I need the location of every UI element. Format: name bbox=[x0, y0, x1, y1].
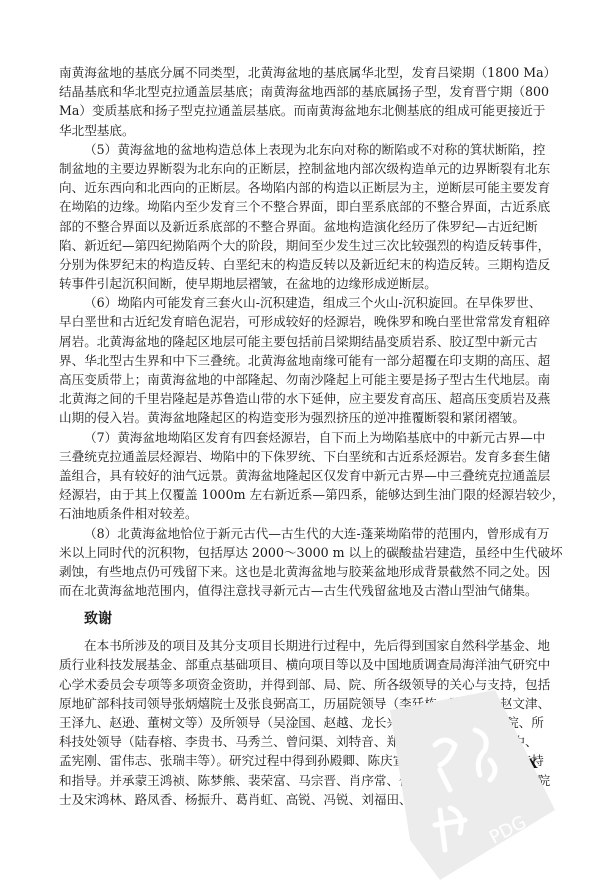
text-line: 米以上同时代的沉积物，包括厚达 2000～3000 m 以上的碳酸盐岩建造，虽经… bbox=[59, 543, 531, 562]
text-line: 转事件引起沉积间断，使早期地层褶皱，在盆地的边缘形成逆断层。 bbox=[59, 274, 531, 293]
text-line: 北黄海之间的千里岩隆起是苏鲁造山带的水下延伸，应主要发育高压、超高压变质岩及燕 bbox=[59, 389, 531, 408]
page-number: Ⅸ bbox=[523, 757, 538, 772]
text-line: 制盆地的主要边界断裂为北东向的正断层，控制盆地内部次级构造单元的边界断裂有北东 bbox=[59, 159, 531, 178]
section-heading: 致谢 bbox=[59, 609, 531, 629]
paragraph-8: （8）北黄海盆地恰位于新元古代—古生代的大连-蓬莱坳陷带的范围内，曾形成有万 米… bbox=[59, 524, 531, 601]
text-line: 结晶基底和华北型克拉通盖层基底；南黄海盆地西部的基底属扬子型，发育晋宁期（800 bbox=[59, 82, 531, 101]
text-line: 华北型基底。 bbox=[59, 121, 531, 140]
paragraph-basement: 南黄海盆地的基底分属不同类型，北黄海盆地的基底属华北型，发育吕梁期（1800 M… bbox=[59, 63, 531, 140]
text-line: 孟宪刚、雷伟志、张瑞丰等）。研究过程中得到孙殿卿、陈庆宣两位老先生的关心、支持 bbox=[59, 751, 531, 770]
text-line: 心学术委员会专项等多项资金资助，并得到部、局、院、所各级领导的关心与支持，包括 bbox=[59, 675, 531, 694]
text-line: 和指导。并承蒙王鸿祯、陈梦熊、裴荣富、马宗晋、肖序常、任纪舜、常印佛、许志琴院 bbox=[59, 771, 531, 790]
text-line: 剥蚀，有些地点仍可残留下来。这也是北黄海盆地与胶莱盆地形成背景截然不同之处。因 bbox=[59, 562, 531, 581]
text-line: 陷、新近纪—第四纪拗陷两个大的阶段，期间至少发生过三次比较强烈的构造反转事件， bbox=[59, 236, 531, 255]
text-line: （8）北黄海盆地恰位于新元古代—古生代的大连-蓬莱坳陷带的范围内，曾形成有万 bbox=[59, 524, 531, 543]
text-line: 在坳陷的边缘。坳陷内至少发育三个不整合界面，即白垩系底部的不整合界面，古近系底 bbox=[59, 197, 531, 216]
text-line: 部的不整合界面以及新近系底部的不整合界面。盆地构造演化经历了侏罗纪—古近纪断 bbox=[59, 217, 531, 236]
text-line: 质行业科技发展基金、部重点基础项目、横向项目等以及中国地质调查局海洋油气研究中 bbox=[59, 655, 531, 674]
text-line: （6）坳陷内可能发育三套火山-沉积建造，组成三个火山-沉积旋回。在早侏罗世、 bbox=[59, 293, 531, 312]
text-line: 盖组合，具有较好的油气远景。黄海盆地隆起区仅发育中新元古界—中三叠统克拉通盖层 bbox=[59, 466, 531, 485]
paragraph-7: （7）黄海盆地坳陷区发育有四套烃源岩，自下而上为坳陷基底中的中新元古界—中 三叠… bbox=[59, 428, 531, 524]
text-line: 烃源岩，由于其上仅覆盖 1000m 左右新近系—第四系，能够达到生油门限的烃源岩… bbox=[59, 485, 531, 504]
text-line: 在本书所涉及的项目及其分支项目长期进行过程中，先后得到国家自然科学基金、地 bbox=[59, 636, 531, 655]
text-line: 向、近东西向和北西向的正断层。各坳陷内部的构造以正断层为主，逆断层可能主要发育 bbox=[59, 178, 531, 197]
text-line: 南黄海盆地的基底分属不同类型，北黄海盆地的基底属华北型，发育吕梁期（1800 M… bbox=[59, 63, 531, 82]
text-line: （7）黄海盆地坳陷区发育有四套烃源岩，自下而上为坳陷基底中的中新元古界—中 bbox=[59, 428, 531, 447]
text-line: Ma）变质基底和扬子型克拉通盖层基底。而南黄海盆地东北侧基底的组成可能更接近于 bbox=[59, 101, 531, 120]
acknowledgement-section: 致谢 在本书所涉及的项目及其分支项目长期进行过程中，先后得到国家自然科学基金、地… bbox=[59, 609, 531, 809]
text-line: 原地矿部科技司领导张炳熺院士及张良弼高工，历届院领导（李廷栋、陈毓川、赵文津、 bbox=[59, 694, 531, 713]
text-line: 科技处领导（陆春榕、李贵书、马秀兰、曾问渠、刘特音、郑达兴、白嘉启、赵志中、 bbox=[59, 732, 531, 751]
text-line: 士及宋鸿林、路凤香、杨振升、葛肖虹、高锐、冯锐、刘福田、苗培实、乔秀夫、李光 bbox=[59, 790, 531, 809]
text-line: 王泽九、赵逊、董树文等）及所领导（吴淦国、赵越、龙长兴、吴珍汉等），历届院、所 bbox=[59, 713, 531, 732]
text-line: 高压变质带上；南黄海盆地的中部隆起、勿南沙隆起上可能主要是扬子型古生代地层。南 bbox=[59, 370, 531, 389]
text-line: 山期的侵入岩。黄海盆地隆起区的构造变形为强烈挤压的逆冲推覆断裂和紧闭褶皱。 bbox=[59, 408, 531, 427]
text-line: 三叠统克拉通盖层烃源岩、坳陷中的下侏罗统、下白垩统和古近系烃源岩。发育多套生储 bbox=[59, 447, 531, 466]
document-page: 南黄海盆地的基底分属不同类型，北黄海盆地的基底属华北型，发育吕梁期（1800 M… bbox=[59, 63, 531, 809]
text-line: 界、华北型古生界和中下三叠统。北黄海盆地南缘可能有一部分超覆在印支期的高压、超 bbox=[59, 351, 531, 370]
text-line: 而在北黄海盆地范围内，值得注意找寻新元古—古生代残留盆地及古潜山型油气储集。 bbox=[59, 581, 531, 600]
paragraph-5: （5）黄海盆地的盆地构造总体上表现为北东向对称的断陷或不对称的箕状断陷，控 制盆… bbox=[59, 140, 531, 294]
watermark-text: PDG bbox=[486, 812, 530, 849]
paragraph-6: （6）坳陷内可能发育三套火山-沉积建造，组成三个火山-沉积旋回。在早侏罗世、 早… bbox=[59, 293, 531, 427]
text-line: 屑岩。北黄海盆地的隆起区地层可能主要包括前吕梁期结晶变质岩系、胶辽型中新元古 bbox=[59, 332, 531, 351]
text-line: 早白垩世和古近纪发育暗色泥岩，可形成较好的烃源岩，晚侏罗和晚白垩世常常发育粗碎 bbox=[59, 312, 531, 331]
text-line: （5）黄海盆地的盆地构造总体上表现为北东向对称的断陷或不对称的箕状断陷，控 bbox=[59, 140, 531, 159]
text-line: 分别为侏罗纪末的构造反转、白垩纪末的构造反转以及新近纪末的构造反转。三期构造反 bbox=[59, 255, 531, 274]
text-line: 石油地质条件相对较差。 bbox=[59, 504, 531, 523]
